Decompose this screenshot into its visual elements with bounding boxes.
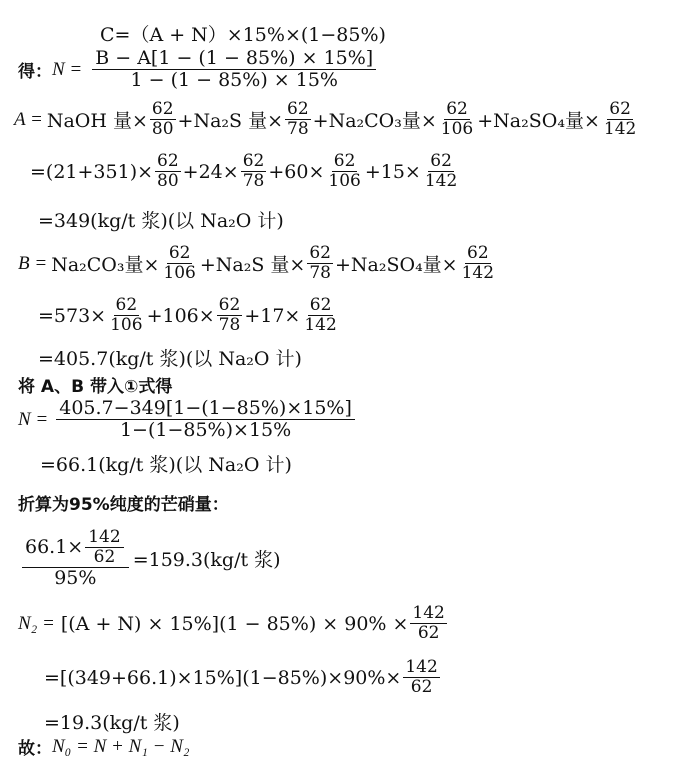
n2-expression: N₂ = [(A + N) × 15%](1 − 85%) × 90% × 14… (18, 604, 449, 643)
b-result: =405.7(kg/t 浆)(以 Na₂O 计) (38, 344, 302, 371)
conversion-equation: 66.1× 14262 95% =159.3(kg/t 浆) (18, 528, 281, 589)
b-definition: B = Na₂CO₃量× 62106 +Na₂S 量× 6278 +Na₂SO₄… (18, 244, 498, 283)
de-label: 得： (18, 57, 52, 82)
b-numeric: =573× 62106 +106× 6278 +17× 62142 (38, 296, 341, 335)
a-numeric: =(21+351)× 6280 +24× 6278 +60× 62106 +15… (30, 152, 461, 191)
n2-numeric: =[(349+66.1)×15%](1−85%)×90%× 14262 (44, 658, 442, 697)
a-result: =349(kg/t 浆)(以 Na₂O 计) (38, 206, 284, 233)
final-equation: 故： N₀ = N + N₁ − N₂ (18, 734, 189, 759)
n-fraction: B − A[1 − (1 − 85%) × 15%] 1 − (1 − 85%)… (92, 48, 376, 91)
substitute-text: 将 A、B 带入①式得 (18, 372, 172, 397)
n2-result: =19.3(kg/t 浆) (44, 708, 180, 735)
n-numeric: N = 405.7−349[1−(1−85%)×15%] 1−(1−85%)×1… (18, 398, 359, 441)
a-definition: A = NaOH 量× 6280 +Na₂S 量× 6278 +Na₂CO₃量×… (14, 100, 640, 139)
n-formula: 得： N = B − A[1 − (1 − 85%) × 15%] 1 − (1… (18, 48, 380, 91)
c-equation: C=（A + N）×15%×(1−85%) (100, 20, 386, 47)
n-result: =66.1(kg/t 浆)(以 Na₂O 计) (40, 450, 292, 477)
convert-text: 折算为95%纯度的芒硝量： (18, 490, 229, 515)
